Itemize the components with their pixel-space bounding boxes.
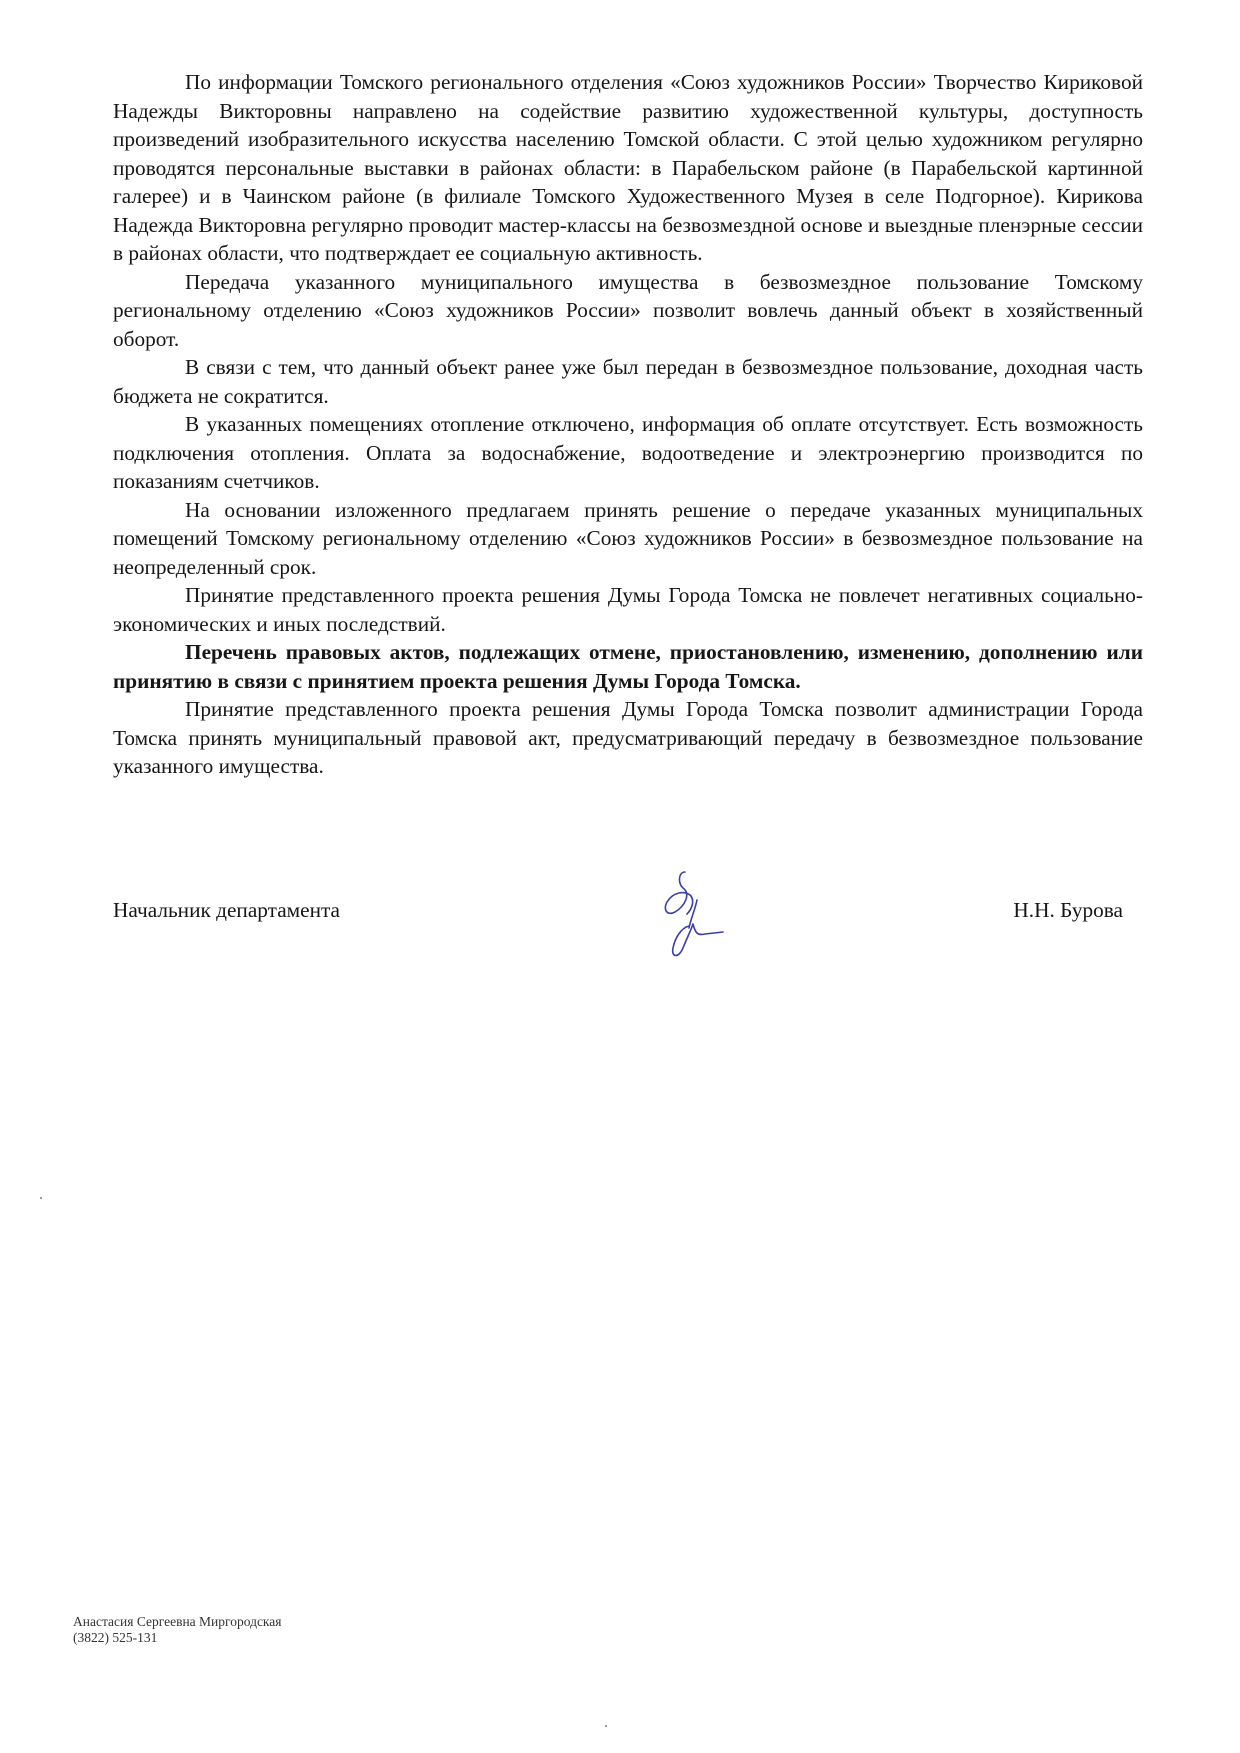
- handwritten-signature-icon: [645, 866, 745, 966]
- executor-phone: (3822) 525-131: [73, 1630, 282, 1646]
- scan-artifact: [40, 1197, 42, 1199]
- document-body: По информации Томского регионального отд…: [113, 68, 1143, 781]
- paragraph-utilities: В указанных помещениях отопление отключе…: [113, 410, 1143, 496]
- scan-artifact: [605, 1725, 607, 1727]
- signer-name: Н.Н. Бурова: [1013, 896, 1123, 924]
- executor-name: Анастасия Сергеевна Миргородская: [73, 1614, 282, 1630]
- paragraph-legal-acts: Принятие представленного проекта решения…: [113, 695, 1143, 781]
- paragraph-consequences: Принятие представленного проекта решения…: [113, 581, 1143, 638]
- paragraph-artist-info: По информации Томского регионального отд…: [113, 68, 1143, 268]
- paragraph-proposal: На основании изложенного предлагаем прин…: [113, 496, 1143, 582]
- paragraph-budget-impact: В связи с тем, что данный объект ранее у…: [113, 353, 1143, 410]
- signer-position: Начальник департамента: [113, 896, 340, 924]
- signature-block: Начальник департамента Н.Н. Бурова: [113, 896, 1123, 996]
- document-page: По информации Томского регионального отд…: [0, 0, 1240, 1753]
- paragraph-property-transfer: Передача указанного муниципального имуще…: [113, 268, 1143, 354]
- section-heading-legal-acts: Перечень правовых актов, подлежащих отме…: [113, 638, 1143, 695]
- executor-contact: Анастасия Сергеевна Миргородская (3822) …: [73, 1614, 282, 1646]
